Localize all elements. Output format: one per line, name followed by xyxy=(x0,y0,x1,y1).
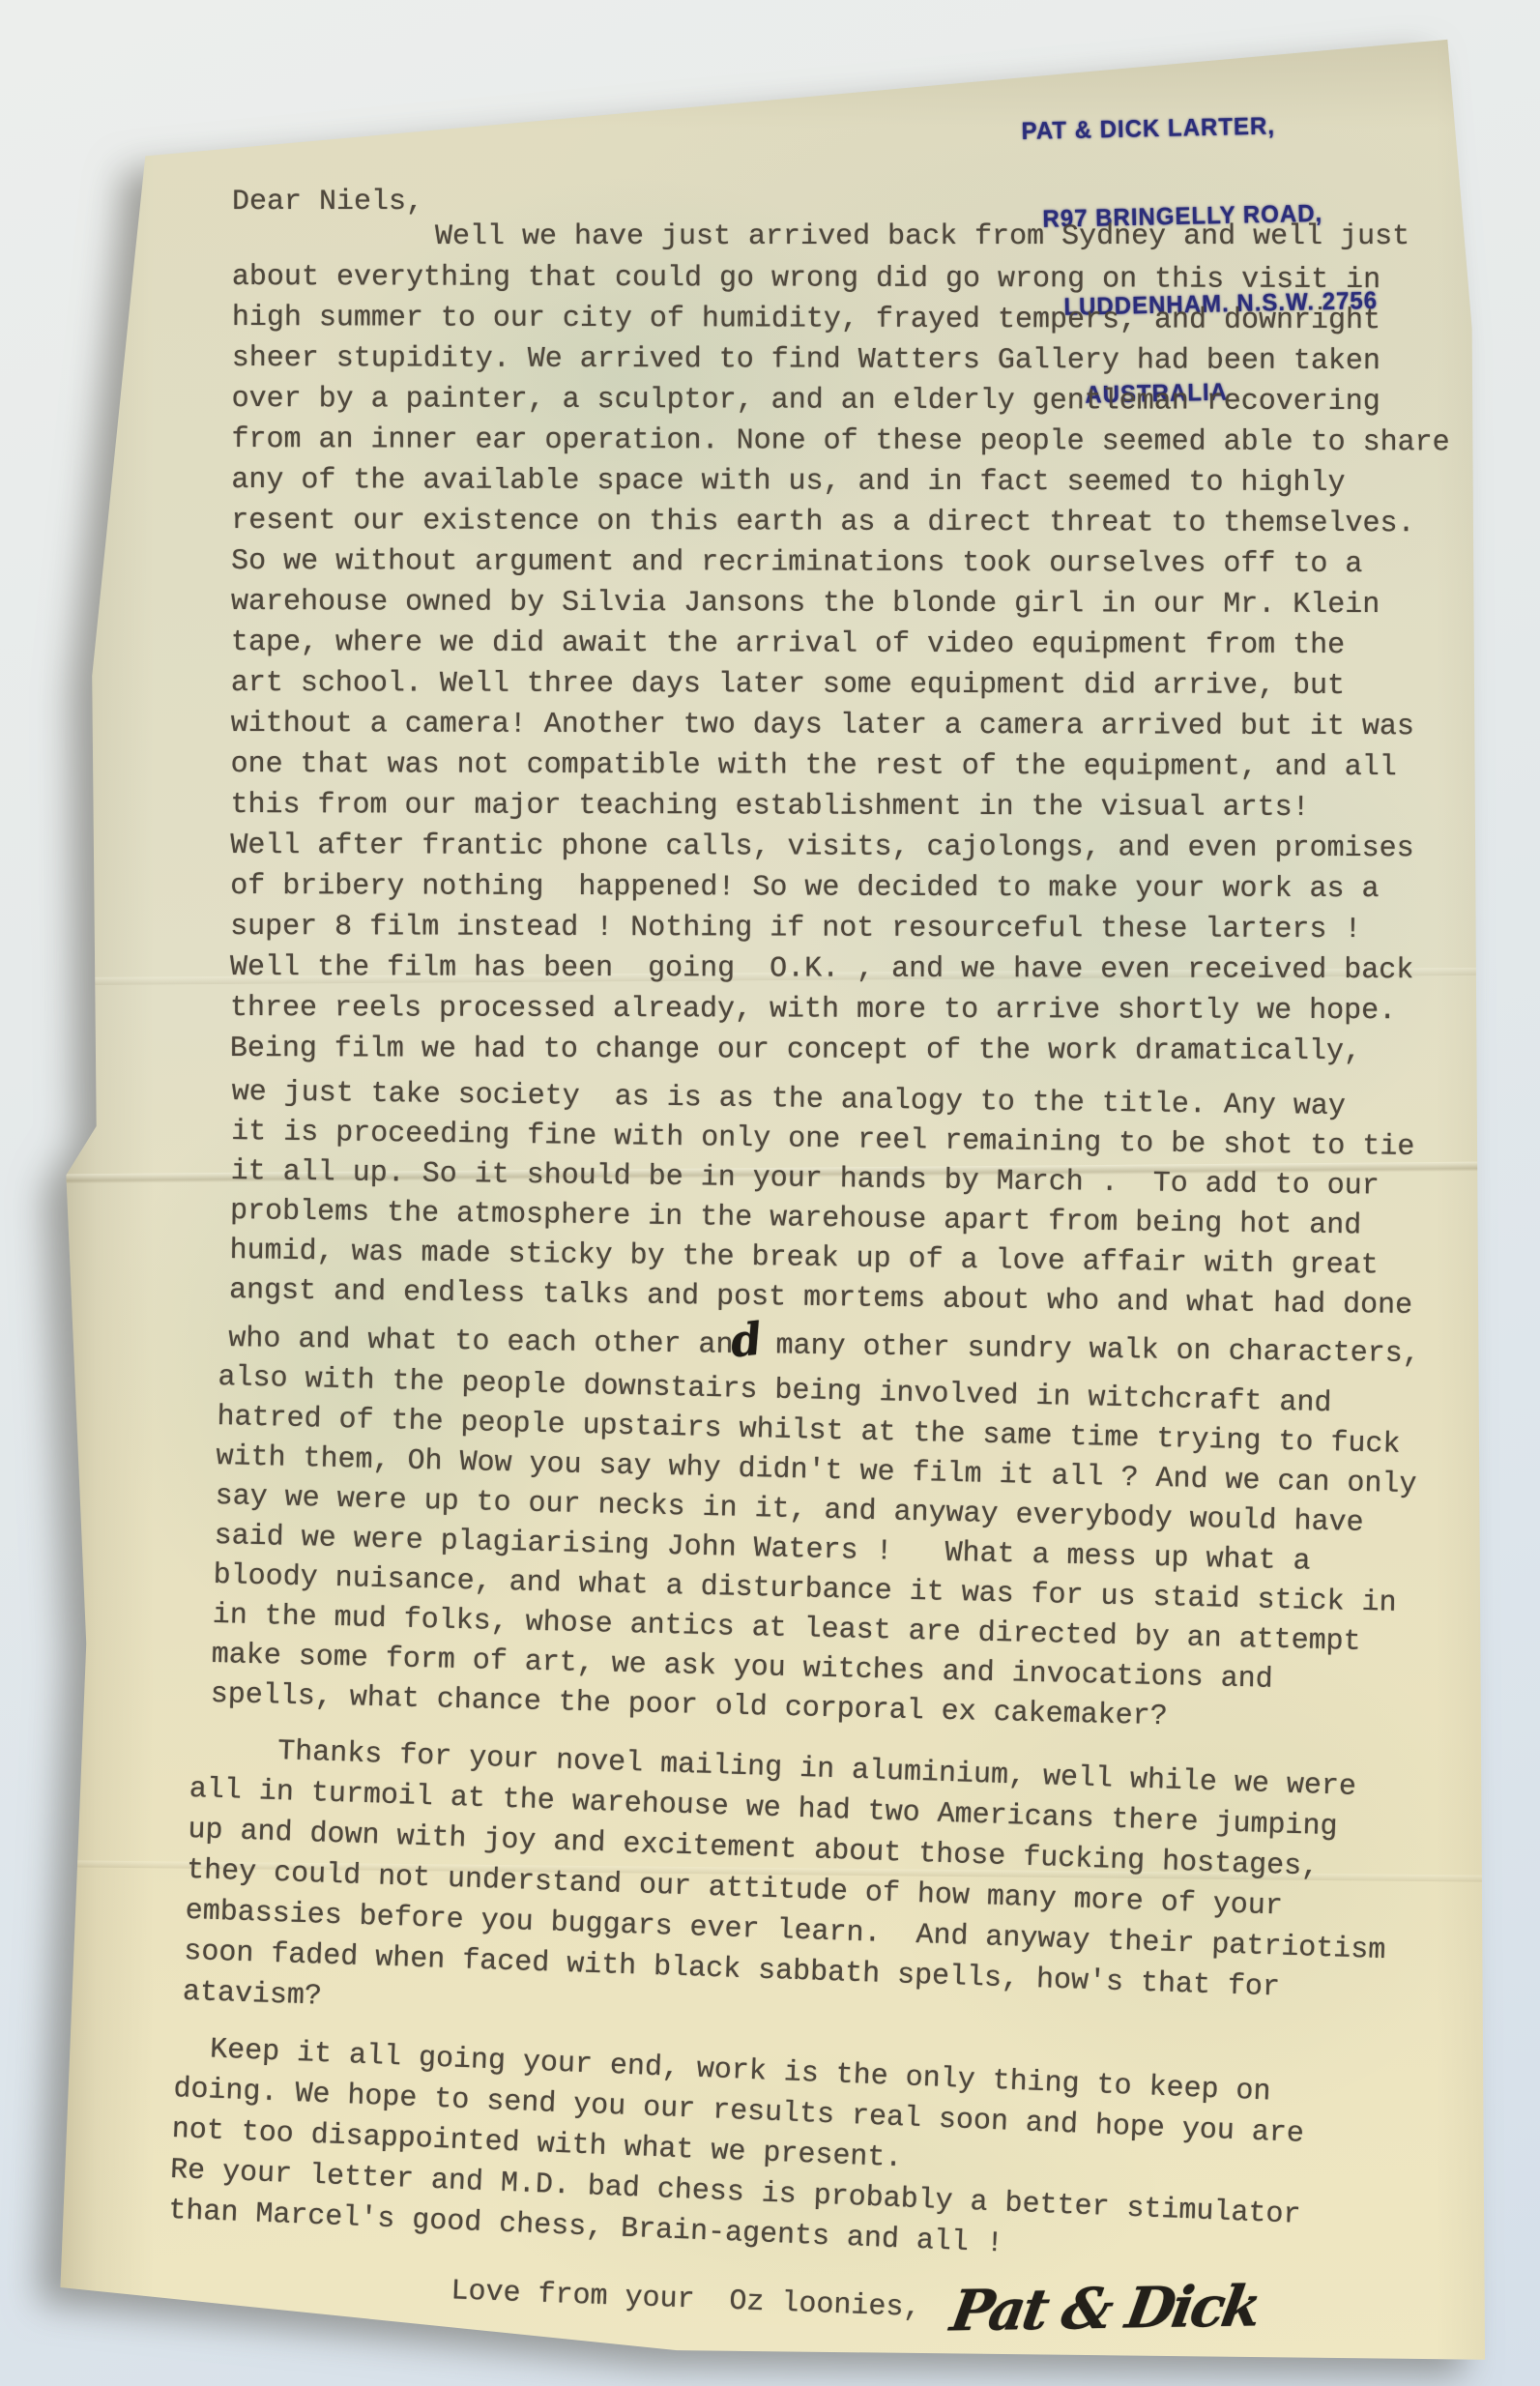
paragraph-block: about everything that could go wrong did… xyxy=(230,257,1527,1073)
closing-text: Love from your Oz loonies, xyxy=(450,2275,921,2325)
paragraph-block: Thanks for your novel mailing in alumini… xyxy=(182,1729,1526,2057)
typed-line: art school. Well three days later some e… xyxy=(231,663,1526,708)
typed-text: many other sundry walk on characters, xyxy=(758,1329,1420,1371)
paper-shadow: PAT & DICK LARTER, R97 BRINGELLY ROAD, L… xyxy=(0,0,1540,2386)
typed-line: about everything that could go wrong did… xyxy=(232,257,1527,302)
typed-line: without a camera! Another two days later… xyxy=(231,704,1526,748)
typed-line: this from our major teaching establishme… xyxy=(230,785,1525,829)
letter-body: Dear Niels, Well we have just arrived ba… xyxy=(232,182,1527,2302)
typed-line: any of the available space with us, and … xyxy=(231,460,1526,505)
handwritten-d-correction: d xyxy=(729,1319,764,1361)
typed-line: one that was not compatible with the res… xyxy=(231,744,1526,789)
typed-line: So we without argument and recrimination… xyxy=(231,541,1526,586)
typed-line: resent our existence on this earth as a … xyxy=(231,501,1526,545)
typed-line: sheer stupidity. We arrived to find Watt… xyxy=(232,338,1527,383)
paragraph-block: we just take society as is as the analog… xyxy=(228,1073,1527,1368)
typed-line: Well the film has been going O.K. , and … xyxy=(230,947,1525,992)
paragraph-block: also with the people downstairs being in… xyxy=(210,1358,1526,1746)
typed-line: high summer to our city of humidity, fra… xyxy=(232,298,1527,342)
signature: Pat & Dick xyxy=(948,2285,1262,2331)
typed-line: tape, where we did await the arrival of … xyxy=(231,623,1526,667)
photo-background: PAT & DICK LARTER, R97 BRINGELLY ROAD, L… xyxy=(0,0,1540,2386)
typed-text: who and what to each other an xyxy=(228,1323,733,1362)
paragraph-block: Keep it all going your end, work is the … xyxy=(168,2028,1526,2285)
typed-line: Well we have just arrived back from Sydn… xyxy=(232,217,1527,257)
typed-line: super 8 film instead ! Nothing if not re… xyxy=(230,907,1525,951)
typed-line: warehouse owned by Silvia Jansons the bl… xyxy=(231,582,1526,626)
typed-line: of bribery nothing happened! So we decid… xyxy=(230,866,1525,911)
typed-line: over by a painter, a sculptor, and an el… xyxy=(232,379,1527,423)
typed-line: from an inner ear operation. None of the… xyxy=(231,420,1526,464)
letter-paper: PAT & DICK LARTER, R97 BRINGELLY ROAD, L… xyxy=(53,35,1494,2367)
typed-line: Being film we had to change our concept … xyxy=(230,1029,1525,1073)
letterhead-name: PAT & DICK LARTER, xyxy=(1021,109,1374,146)
typed-line: three reels processed already, with more… xyxy=(230,988,1525,1033)
typed-line: Well after frantic phone calls, visits, … xyxy=(230,826,1525,870)
